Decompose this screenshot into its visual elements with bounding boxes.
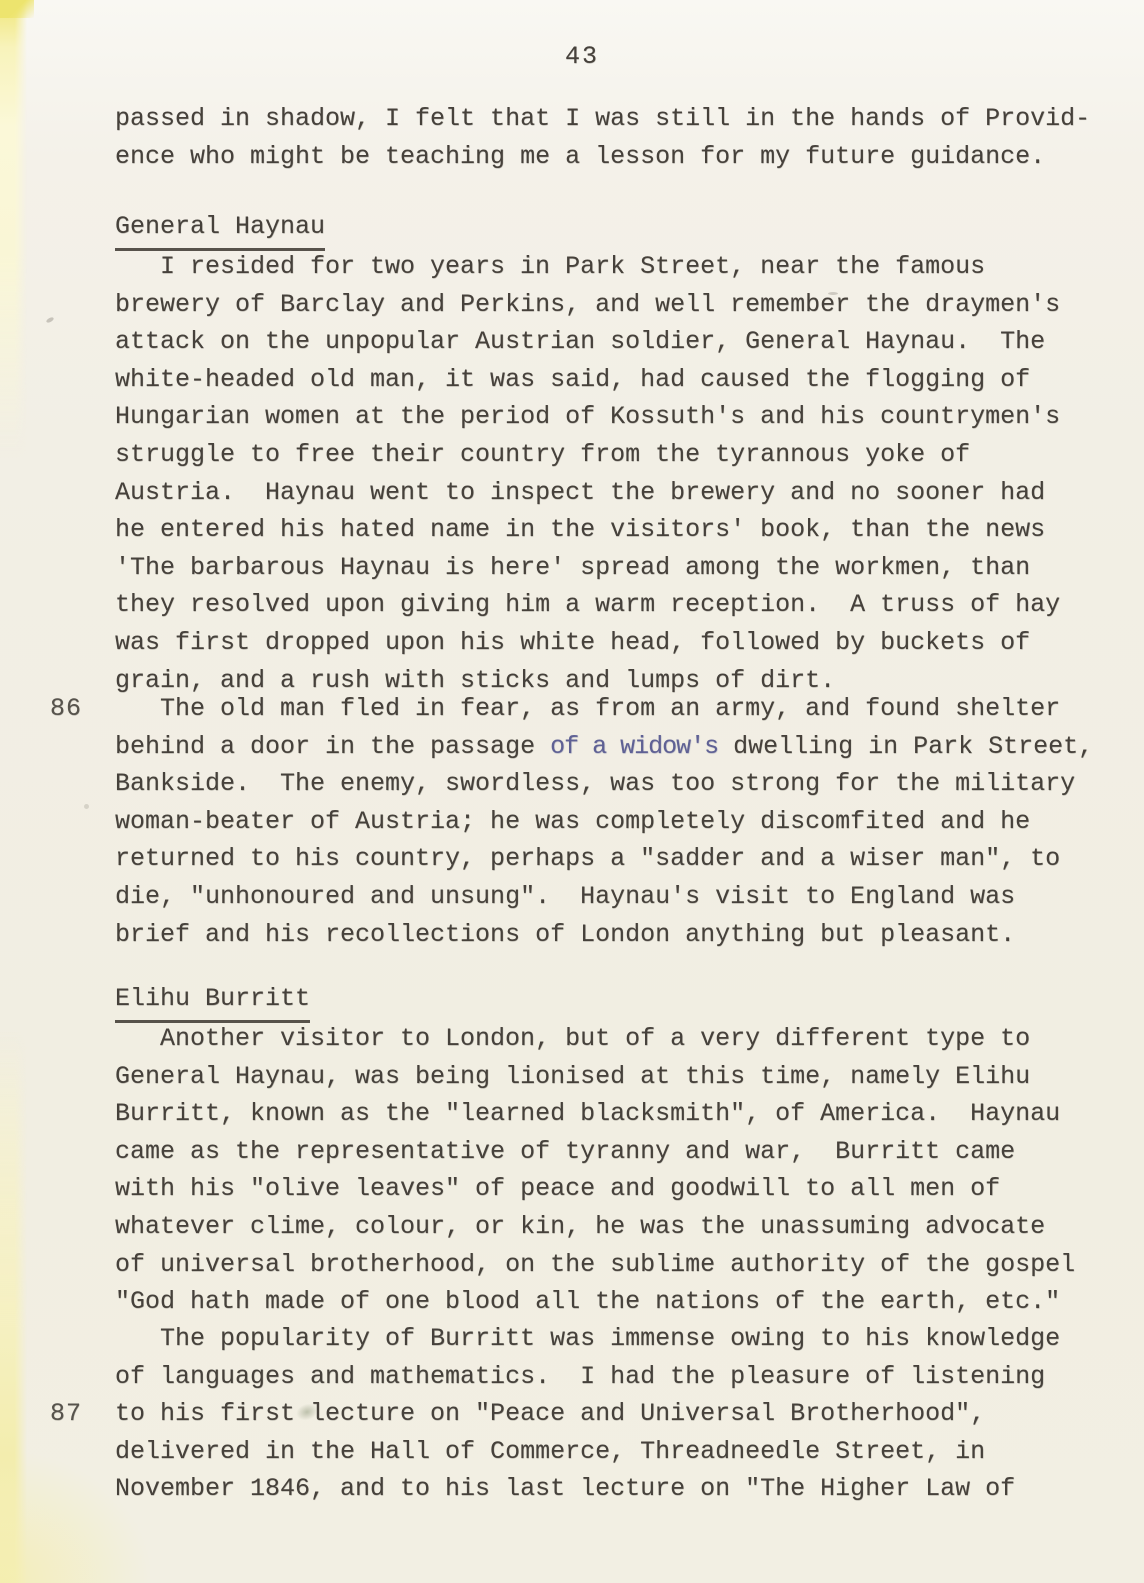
text-line: 'The barbarous Haynau is here' spread am… <box>115 549 1060 587</box>
section-heading-elihu-burritt: Elihu Burritt <box>115 980 310 1023</box>
text-line: he entered his hated name in the visitor… <box>115 511 1060 549</box>
text-line: ence who might be teaching me a lesson f… <box>115 138 1090 176</box>
text-line: Austria. Haynau went to inspect the brew… <box>115 474 1060 512</box>
text-line: with his "olive leaves" of peace and goo… <box>115 1170 1075 1208</box>
paragraph-burritt-1: Another visitor to London, but of a very… <box>115 1020 1075 1321</box>
page-number: 43 <box>10 38 1144 76</box>
text-line: Hungarian women at the period of Kossuth… <box>115 398 1060 436</box>
scan-speck <box>84 804 89 809</box>
text-line: woman-beater of Austria; he was complete… <box>115 803 1093 841</box>
text-line: brief and his recollections of London an… <box>115 916 1093 954</box>
section-heading-general-haynau: General Haynau <box>115 208 325 251</box>
margin-number-86: 86 <box>50 690 82 728</box>
text-line: to his first lecture on "Peace and Unive… <box>115 1395 1060 1433</box>
text-line: die, "unhonoured and unsung". Haynau's v… <box>115 878 1093 916</box>
text-line: November 1846, and to his last lecture o… <box>115 1470 1060 1508</box>
text-line: Burritt, known as the "learned blacksmit… <box>115 1095 1075 1133</box>
text-line: The popularity of Burritt was immense ow… <box>115 1320 1060 1358</box>
scanned-memoir-page: 43 passed in shadow, I felt that I was s… <box>0 0 1144 1583</box>
text-line: attack on the unpopular Austrian soldier… <box>115 323 1060 361</box>
paragraph-haynau-1: I resided for two years in Park Street, … <box>115 248 1060 699</box>
text-line: white-headed old man, it was said, had c… <box>115 361 1060 399</box>
text-line: behind a door in the passage of a widow'… <box>115 728 1093 766</box>
top-left-yellow-corner <box>0 0 34 18</box>
text-line: came as the representative of tyranny an… <box>115 1133 1075 1171</box>
text-line: was first dropped upon his white head, f… <box>115 624 1060 662</box>
text-line: struggle to free their country from the … <box>115 436 1060 474</box>
text-line: General Haynau, was being lionised at th… <box>115 1058 1075 1096</box>
text-line: Another visitor to London, but of a very… <box>115 1020 1075 1058</box>
text-segment: behind a door in the passage <box>115 732 550 761</box>
page-edge-discoloration <box>0 0 27 1583</box>
paragraph-burritt-2: The popularity of Burritt was immense ow… <box>115 1320 1060 1508</box>
scan-speck <box>828 292 838 295</box>
intro-paragraph: passed in shadow, I felt that I was stil… <box>115 100 1090 175</box>
paragraph-haynau-2: The old man fled in fear, as from an arm… <box>115 690 1093 953</box>
heading-text: General Haynau <box>115 208 325 251</box>
scan-speck <box>46 316 55 323</box>
text-line: brewery of Barclay and Perkins, and well… <box>115 286 1060 324</box>
text-line: "God hath made of one blood all the nati… <box>115 1283 1075 1321</box>
margin-number-87: 87 <box>50 1395 82 1433</box>
heading-text: Elihu Burritt <box>115 980 310 1023</box>
text-line: of languages and mathematics. I had the … <box>115 1358 1060 1396</box>
text-line: they resolved upon giving him a warm rec… <box>115 586 1060 624</box>
text-line: of universal brotherhood, on the sublime… <box>115 1246 1075 1284</box>
text-line: passed in shadow, I felt that I was stil… <box>115 100 1090 138</box>
text-segment: dwelling in Park Street, <box>718 732 1093 761</box>
blue-ink-correction: of a widow's <box>550 732 718 761</box>
text-line: I resided for two years in Park Street, … <box>115 248 1060 286</box>
text-line: returned to his country, perhaps a "sadd… <box>115 840 1093 878</box>
text-line: delivered in the Hall of Commerce, Threa… <box>115 1433 1060 1471</box>
text-line: The old man fled in fear, as from an arm… <box>115 690 1093 728</box>
text-line: whatever clime, colour, or kin, he was t… <box>115 1208 1075 1246</box>
text-line: Bankside. The enemy, swordless, was too … <box>115 765 1093 803</box>
